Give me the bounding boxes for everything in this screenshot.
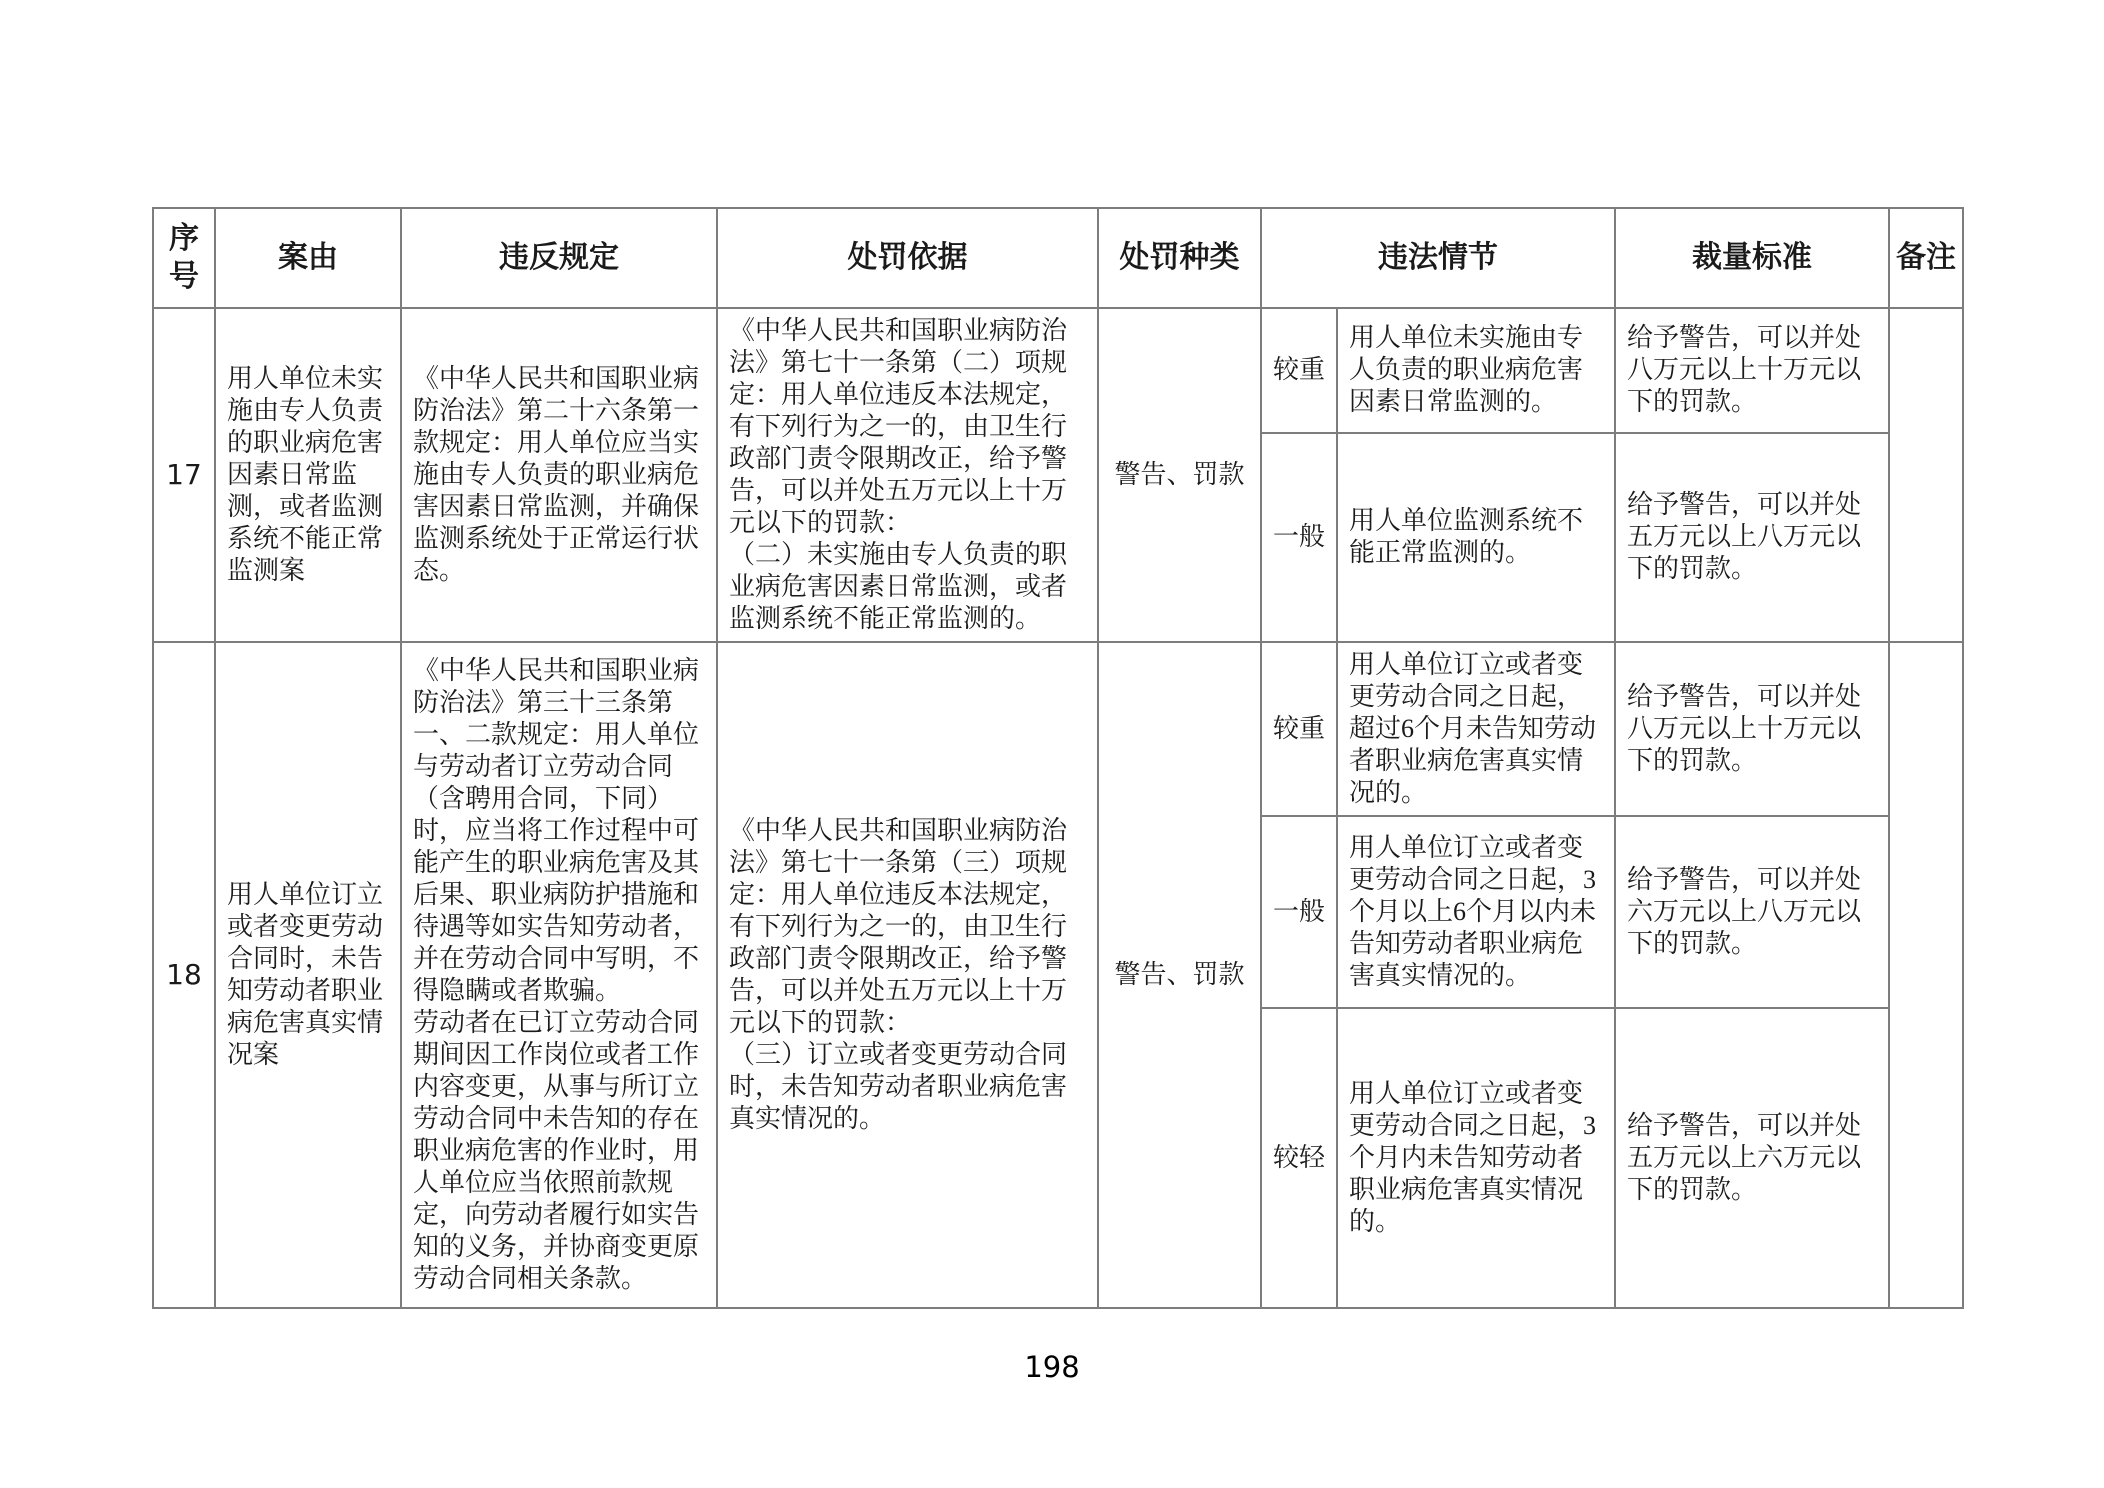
remark-cell [1889,308,1963,642]
penalty-discretion-table: 序号 案由 违反规定 处罚依据 处罚种类 违法情节 裁量标准 备注 17 用人单… [152,207,1964,1309]
violation-circumstance-cell: 用人单位订立或者变更劳动合同之日起，3个月内未告知劳动者职业病危害真实情况的。 [1337,1008,1615,1308]
table-row: 18 用人单位订立或者变更劳动合同时，未告知劳动者职业病危害真实情况案 《中华人… [153,642,1963,816]
severity-level-cell: 较轻 [1261,1008,1337,1308]
discretion-standard-cell: 给予警告，可以并处六万元以上八万元以下的罚款。 [1615,816,1889,1008]
case-title-cell: 用人单位未实施由专人负责的职业病危害因素日常监测，或者监测系统不能正常监测案 [215,308,401,642]
penalty-type-cell: 警告、罚款 [1098,308,1261,642]
violation-circumstance-cell: 用人单位监测系统不能正常监测的。 [1337,433,1615,642]
col-header-cause: 案由 [215,208,401,308]
col-header-type: 处罚种类 [1098,208,1261,308]
table-header-row: 序号 案由 违反规定 处罚依据 处罚种类 违法情节 裁量标准 备注 [153,208,1963,308]
severity-level-cell: 较重 [1261,308,1337,433]
violation-circumstance-cell: 用人单位订立或者变更劳动合同之日起，3个月以上6个月以内未告知劳动者职业病危害真… [1337,816,1615,1008]
severity-level-cell: 一般 [1261,816,1337,1008]
penalty-type-cell: 警告、罚款 [1098,642,1261,1308]
col-header-circumstance: 违法情节 [1261,208,1615,308]
penalty-basis-cell: 《中华人民共和国职业病防治法》第七十一条第（二）项规定：用人单位违反本法规定，有… [717,308,1098,642]
severity-level-cell: 较重 [1261,642,1337,816]
col-header-remark: 备注 [1889,208,1963,308]
violation-circumstance-cell: 用人单位订立或者变更劳动合同之日起，超过6个月未告知劳动者职业病危害真实情况的。 [1337,642,1615,816]
discretion-standard-cell: 给予警告，可以并处八万元以上十万元以下的罚款。 [1615,308,1889,433]
remark-cell [1889,642,1963,1308]
discretion-standard-cell: 给予警告，可以并处八万元以上十万元以下的罚款。 [1615,642,1889,816]
discretion-standard-cell: 给予警告，可以并处五万元以上六万元以下的罚款。 [1615,1008,1889,1308]
violation-circumstance-cell: 用人单位未实施由专人负责的职业病危害因素日常监测的。 [1337,308,1615,433]
col-header-serial: 序号 [153,208,215,308]
case-number-cell: 18 [153,642,215,1308]
col-header-standard: 裁量标准 [1615,208,1889,308]
col-header-violation: 违反规定 [401,208,717,308]
violated-provision-cell: 《中华人民共和国职业病防治法》第三十三条第一、二款规定：用人单位与劳动者订立劳动… [401,642,717,1308]
case-title-cell: 用人单位订立或者变更劳动合同时，未告知劳动者职业病危害真实情况案 [215,642,401,1308]
severity-level-cell: 一般 [1261,433,1337,642]
violated-provision-cell: 《中华人民共和国职业病防治法》第二十六条第一款规定：用人单位应当实施由专人负责的… [401,308,717,642]
case-number-cell: 17 [153,308,215,642]
penalty-basis-cell: 《中华人民共和国职业病防治法》第七十一条第（三）项规定：用人单位违反本法规定，有… [717,642,1098,1308]
page-number: 198 [0,1350,2104,1384]
table-row: 17 用人单位未实施由专人负责的职业病危害因素日常监测，或者监测系统不能正常监测… [153,308,1963,433]
col-header-basis: 处罚依据 [717,208,1098,308]
discretion-standard-cell: 给予警告，可以并处五万元以上八万元以下的罚款。 [1615,433,1889,642]
